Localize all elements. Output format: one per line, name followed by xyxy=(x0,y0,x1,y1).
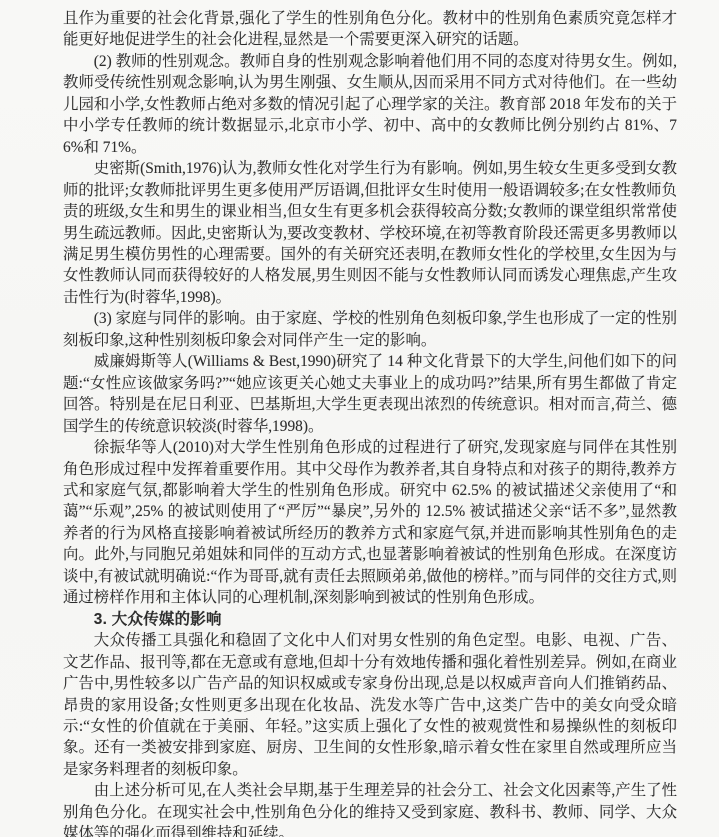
paragraph-conclusion: 由上述分析可见,在人类社会早期,基于生理差异的社会分工、社会文化因素等,产生了性… xyxy=(63,780,677,837)
paragraph-mass-media-influence: 大众传播工具强化和稳固了文化中人们对男女性别的角色定型。电影、电视、广告、文艺作… xyxy=(63,630,677,780)
book-page: 且作为重要的社会化背景,强化了学生的性别角色分化。教材中的性别角色素质究竟怎样才… xyxy=(0,0,719,837)
paragraph-continuation: 且作为重要的社会化背景,强化了学生的性别角色分化。教材中的性别角色素质究竟怎样才… xyxy=(63,8,677,51)
paragraph-family-peer-influence: (3) 家庭与同伴的影响。由于家庭、学校的性别角色刻板印象,学生也形成了一定的性… xyxy=(63,308,677,351)
paragraph-teacher-gender-concepts: (2) 教师的性别观念。教师自身的性别观念影响着他们用不同的态度对待男女生。例如… xyxy=(63,51,677,158)
paragraph-smith-study: 史密斯(Smith,1976)认为,教师女性化对学生行为有影响。例如,男生较女生… xyxy=(63,158,677,308)
paragraph-williams-best-study: 威廉姆斯等人(Williams & Best,1990)研究了 14 种文化背景… xyxy=(63,351,677,437)
section-heading-mass-media: 3. 大众传媒的影响 xyxy=(63,609,677,630)
paragraph-xu-zhenhua-study: 徐振华等人(2010)对大学生性别角色形成的过程进行了研究,发现家庭与同伴在其性… xyxy=(63,437,677,609)
